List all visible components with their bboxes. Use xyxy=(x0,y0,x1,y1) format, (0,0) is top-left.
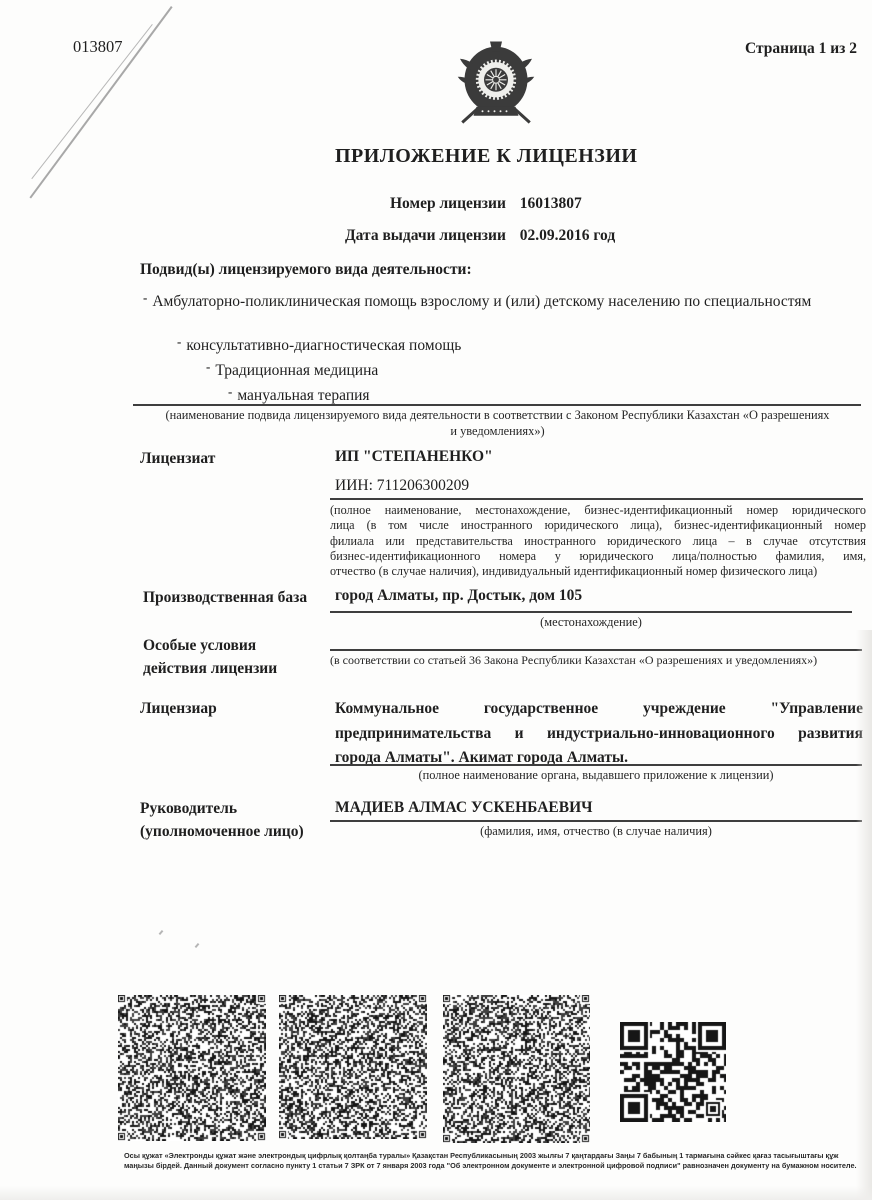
licensee-caption-line: отчество (в случае наличия), индивидуаль… xyxy=(330,564,866,579)
subtype-item: -мануальная терапия xyxy=(228,387,370,405)
subtype-item: -Амбулаторно-поликлиническая помощь взро… xyxy=(143,293,811,311)
licensor-caption: (полное наименование органа, выдавшего п… xyxy=(330,768,862,783)
production-base-label: Производственная база xyxy=(143,589,307,607)
field-rule xyxy=(330,820,862,822)
special-conditions-caption: (в соответствии со статьей 36 Закона Рес… xyxy=(330,653,865,668)
subtypes-heading: Подвид(ы) лицензируемого вида деятельнос… xyxy=(140,261,472,279)
divider-rule xyxy=(133,404,861,406)
kazakhstan-emblem-icon xyxy=(451,33,541,131)
scan-shading-right xyxy=(856,630,872,1200)
kazakhstan-emblem xyxy=(451,33,541,136)
head-label-line1: Руководитель xyxy=(140,800,237,818)
licensee-caption-line: лица (в том числе иностранного юридическ… xyxy=(330,518,866,533)
subtype-item-text: консультативно-диагностическая помощь xyxy=(186,337,461,354)
page-indicator: Страница 1 из 2 xyxy=(745,40,857,58)
licensee-caption: (полное наименование, местонахождение, б… xyxy=(330,503,866,579)
head-caption: (фамилия, имя, отчество (в случае наличи… xyxy=(330,824,862,839)
licensor-value-line: предпринимательства и индустриально-инно… xyxy=(335,722,863,747)
subtype-item-text: мануальная терапия xyxy=(237,387,369,404)
licensee-label: Лицензиат xyxy=(140,450,215,468)
licensor-label: Лицензиар xyxy=(140,700,217,718)
licensor-value: Коммунальное государственное учреждение … xyxy=(335,697,863,771)
document-number-stub: 013807 xyxy=(73,37,123,57)
licensee-iin: ИИН: 711206300209 xyxy=(335,477,469,495)
licensee-caption-line: бизнес-идентификационного номера у юриди… xyxy=(330,549,866,564)
bullet-dash: - xyxy=(206,359,210,375)
scan-crease-line xyxy=(29,6,172,198)
head-label-line2: (уполномоченное лицо) xyxy=(140,823,304,841)
production-base-value: город Алматы, пр. Достык, дом 105 xyxy=(335,587,582,605)
special-conditions-label-line2: действия лицензии xyxy=(143,660,277,678)
page-title: ПРИЛОЖЕНИЕ К ЛИЦЕНЗИИ xyxy=(335,145,637,168)
field-rule xyxy=(330,649,862,651)
footer-legal-line2: маңызы бірдей. Данный документ согласно … xyxy=(124,1161,870,1171)
license-number-label: Номер лицензии xyxy=(390,195,506,212)
special-conditions-label-line1: Особые условия xyxy=(143,637,256,655)
qr-code xyxy=(620,1022,726,1122)
production-base-caption: (местонахождение) xyxy=(330,615,852,630)
scan-speck xyxy=(159,930,164,935)
issue-date-label: Дата выдачи лицензии xyxy=(345,227,506,244)
bullet-dash: - xyxy=(143,290,147,306)
licensor-value-line: Коммунальное государственное учреждение … xyxy=(335,697,863,722)
license-number-value: 16013807 xyxy=(520,195,582,212)
data-matrix-barcode-3 xyxy=(443,995,590,1143)
subtype-item: -Традиционная медицина xyxy=(206,362,378,380)
issue-date-row: Дата выдачи лицензии 02.09.2016 год xyxy=(345,227,615,245)
field-rule xyxy=(330,611,852,613)
field-rule xyxy=(330,764,862,766)
licensor-value-line: города Алматы". Акимат города Алматы. xyxy=(335,746,863,771)
data-matrix-barcode-2 xyxy=(279,995,427,1139)
subtype-item-text: Традиционная медицина xyxy=(215,362,378,379)
bullet-dash: - xyxy=(228,384,232,400)
data-matrix-barcode-1 xyxy=(118,995,266,1141)
field-rule xyxy=(330,498,863,500)
licensee-caption-line: (полное наименование, местонахождение, б… xyxy=(330,503,866,518)
subtype-item-text: Амбулаторно-поликлиническая помощь взрос… xyxy=(152,293,811,310)
subtypes-caption-line1: (наименование подвида лицензируемого вид… xyxy=(135,408,860,423)
subtypes-caption-line2: и уведомлениях») xyxy=(135,424,860,439)
licensee-caption-line: филиала или представительства иностранно… xyxy=(330,534,866,549)
bullet-dash: - xyxy=(177,334,181,350)
scanned-license-document: 013807 Страница 1 из 2 xyxy=(0,0,872,1200)
scan-shading-bottom xyxy=(0,1186,872,1200)
scan-speck xyxy=(195,943,200,948)
license-number-row: Номер лицензии 16013807 xyxy=(390,195,582,213)
head-name-value: МАДИЕВ АЛМАС УСКЕНБАЕВИЧ xyxy=(335,799,593,817)
footer-legal-line1: Осы құжат «Электронды құжат және электро… xyxy=(124,1151,870,1161)
issue-date-value: 02.09.2016 год xyxy=(520,227,615,244)
licensee-name: ИП "СТЕПАНЕНКО" xyxy=(335,448,493,466)
subtype-item: -консультативно-диагностическая помощь xyxy=(177,337,461,355)
